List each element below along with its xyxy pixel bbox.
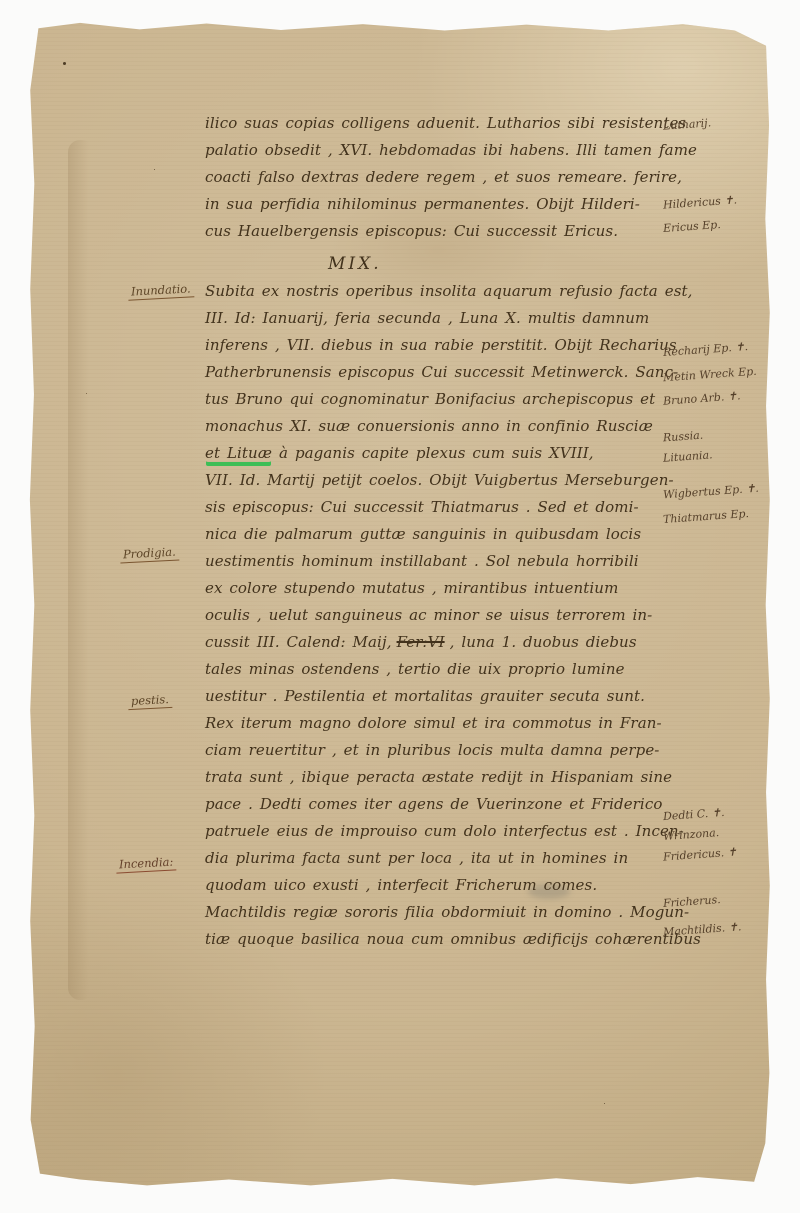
text-line: , luna 1. duobus diebus — [450, 633, 637, 651]
text-line: ex colore stupendo mutatus , mirantibus … — [205, 575, 701, 602]
margin-note-fricherus: Fricherus. — [663, 893, 721, 910]
text-line: sis episcopus: Cui successit Thiatmarus … — [205, 494, 701, 521]
text-line: palatio obsedit , XVI. hebdomadas ibi ha… — [205, 137, 697, 164]
margin-note-prodigia: Prodigia. — [120, 544, 180, 563]
text-line: dia plurima facta sunt per loca , ita ut… — [205, 845, 701, 872]
text-line: Rex iterum magno dolore simul et ira com… — [205, 710, 701, 737]
text-line: Subita ex nostris operibus insolita aqua… — [205, 278, 701, 305]
text-line: ilico suas copias colligens aduenit. Lut… — [205, 110, 697, 137]
text-line: cussit III. Calend: Maij, — [205, 633, 392, 651]
text-line: à paganis capite plexus cum suis XVIII, — [279, 444, 594, 462]
text-line: tiæ quoque basilica noua cum omnibus ædi… — [205, 926, 701, 953]
text-line: coacti falso dextras dedere regem , et s… — [205, 164, 697, 191]
paper-crease — [68, 140, 94, 1000]
text-line: III. Id: Ianuarij, feria secunda , Luna … — [205, 305, 701, 332]
margin-note-inundatio: Inundatio. — [128, 281, 194, 300]
manuscript-page: ilico suas copias colligens aduenit. Lut… — [28, 20, 772, 1190]
margin-note-lutharij: Lutharij. — [663, 116, 712, 132]
paper-specks — [63, 62, 66, 65]
text-line: ciam reuertitur , et in pluribus locis m… — [205, 737, 701, 764]
margin-note-pestis: pestis. — [128, 692, 173, 710]
text-line: monachus XI. suæ conuersionis anno in co… — [205, 413, 701, 440]
text-line: uestitur . Pestilentia et mortalitas gra… — [205, 683, 701, 710]
text-line: nica die palmarum guttæ sanguinis in qui… — [205, 521, 701, 548]
text-line: in sua perfidia nihilominus permanentes.… — [205, 191, 697, 218]
year-heading: MIX. — [328, 254, 382, 274]
margin-note-dedti: Dedti C. ✝. — [663, 806, 725, 823]
text-line: VII. Id. Martij petijt coelos. Obijt Vui… — [205, 467, 701, 494]
paragraph-annal-entry: Subita ex nostris operibus insolita aqua… — [205, 278, 701, 953]
margin-note-incendia: Incendia: — [116, 854, 177, 873]
text-line-feria: cussit III. Calend: Maij,Fer:VI, luna 1.… — [205, 629, 701, 656]
struck-word: Fer:VI — [397, 633, 445, 651]
text-line: tales minas ostendens , tertio die uix p… — [205, 656, 701, 683]
margin-note-ericus: Ericus Ep. — [663, 218, 722, 235]
text-line-lituae: et Lituæà paganis capite plexus cum suis… — [205, 440, 701, 467]
margin-note-wrinzona: Wrinzona. — [663, 826, 720, 843]
margin-note-lituania: Lituania. — [663, 448, 713, 464]
photo-background: ilico suas copias colligens aduenit. Lut… — [0, 0, 800, 1213]
text-line: uestimentis hominum instillabant . Sol n… — [205, 548, 701, 575]
text-line: patruele eius de improuiso cum dolo inte… — [205, 818, 701, 845]
text-line: oculis , uelut sanguineus ac minor se ui… — [205, 602, 701, 629]
paragraph-top: ilico suas copias colligens aduenit. Lut… — [205, 110, 697, 245]
text-line: quodam uico exusti , interfecit Fricheru… — [205, 872, 701, 899]
text-line: inferens , VII. diebus in sua rabie pers… — [205, 332, 701, 359]
lituae-green-underline: et Lituæ — [205, 444, 272, 462]
text-line: pace . Dedti comes iter agens de Vuerinz… — [205, 791, 701, 818]
text-line: trata sunt , ibique peracta æstate redij… — [205, 764, 701, 791]
text-line: cus Hauelbergensis episcopus: Cui succes… — [205, 218, 697, 245]
text-line: tus Bruno qui cognominatur Bonifacius ar… — [205, 386, 701, 413]
text-line: Machtildis regiæ sororis filia obdormiui… — [205, 899, 701, 926]
text-line: Patherbrunensis episcopus Cui successit … — [205, 359, 701, 386]
